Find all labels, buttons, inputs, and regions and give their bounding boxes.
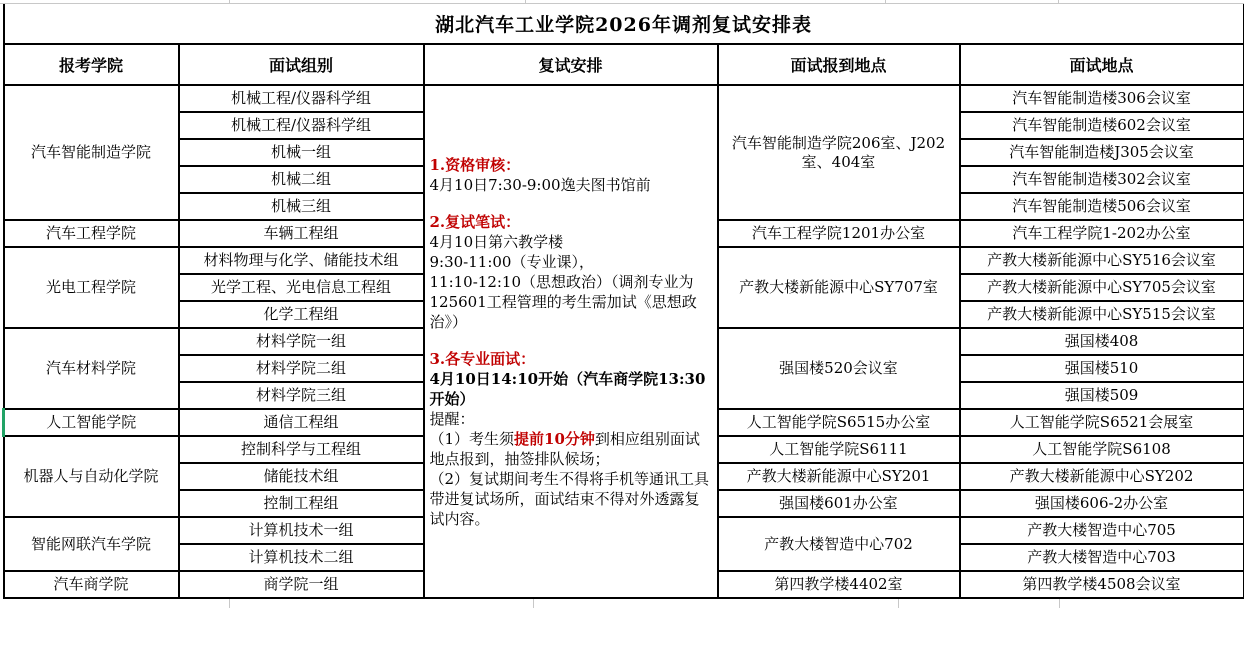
gridline-tick xyxy=(898,599,899,608)
gridline-tick xyxy=(1058,0,1059,3)
group-cell: 化学工程组 xyxy=(179,301,424,328)
location-cell: 人工智能学院S6521会展室 xyxy=(960,409,1244,436)
college-cell: 汽车智能制造学院 xyxy=(4,85,179,220)
location-cell: 产教大楼新能源中心SY516会议室 xyxy=(960,247,1244,274)
gridline-tick xyxy=(229,0,230,3)
checkin-cell: 强国楼520会议室 xyxy=(718,328,960,409)
header-interview-location: 面试地点 xyxy=(960,44,1244,85)
reexam-schedule-table: 湖北汽车工业学院2026年调剂复试安排表 报考学院 面试组别 复试安排 面试报到… xyxy=(2,4,1244,599)
schedule-gap xyxy=(430,195,712,212)
schedule-cell: 1.资格审核：4月10日7:30-9:00逸夫图书馆前2.复试笔试：4月10日第… xyxy=(424,85,718,598)
location-cell: 第四教学楼4508会议室 xyxy=(960,571,1244,598)
checkin-cell: 产教大楼新能源中心SY201 xyxy=(718,463,960,490)
college-cell: 汽车商学院 xyxy=(4,571,179,598)
group-cell: 机械二组 xyxy=(179,166,424,193)
group-cell: 通信工程组 xyxy=(179,409,424,436)
checkin-cell: 人工智能学院S6111 xyxy=(718,436,960,463)
gridline-tick xyxy=(525,0,526,3)
gridline-tick xyxy=(533,599,534,608)
location-cell: 产教大楼智造中心703 xyxy=(960,544,1244,571)
schedule-line: （2）复试期间考生不得将手机等通讯工具带进复试场所，面试结束不得对外透露复试内容… xyxy=(430,469,712,529)
group-cell: 机械工程/仪器科学组 xyxy=(179,85,424,112)
gridline-tick xyxy=(885,0,886,3)
bottom-gridline-strip xyxy=(0,599,1244,608)
location-cell: 汽车智能制造楼506会议室 xyxy=(960,193,1244,220)
group-cell: 机械三组 xyxy=(179,193,424,220)
checkin-cell: 人工智能学院S6515办公室 xyxy=(718,409,960,436)
location-cell: 强国楼510 xyxy=(960,355,1244,382)
location-cell: 强国楼509 xyxy=(960,382,1244,409)
gridline-tick xyxy=(1059,599,1060,608)
group-cell: 光学工程、光电信息工程组 xyxy=(179,274,424,301)
location-cell: 产教大楼智造中心705 xyxy=(960,517,1244,544)
group-cell: 储能技术组 xyxy=(179,463,424,490)
college-cell: 机器人与自动化学院 xyxy=(4,436,179,517)
location-cell: 汽车智能制造楼306会议室 xyxy=(960,85,1244,112)
group-cell: 计算机技术一组 xyxy=(179,517,424,544)
location-cell: 强国楼606-2办公室 xyxy=(960,490,1244,517)
schedule-line: 4月10日14:10开始（汽车商学院13:30开始） xyxy=(430,369,712,409)
header-group: 面试组别 xyxy=(179,44,424,85)
schedule-line: 3.各专业面试： xyxy=(430,349,712,369)
schedule-line: 11:10-12:10（思想政治）（调剂专业为125601工程管理的考生需加试《… xyxy=(430,272,712,332)
gridline-tick xyxy=(229,599,230,608)
location-cell: 产教大楼新能源中心SY515会议室 xyxy=(960,301,1244,328)
group-cell: 材料学院一组 xyxy=(179,328,424,355)
page-title: 湖北汽车工业学院2026年调剂复试安排表 xyxy=(4,4,1244,44)
schedule-text: 1.资格审核：4月10日7:30-9:00逸夫图书馆前2.复试笔试：4月10日第… xyxy=(430,155,712,529)
checkin-cell: 汽车工程学院1201办公室 xyxy=(718,220,960,247)
location-cell: 人工智能学院S6108 xyxy=(960,436,1244,463)
table-title-row: 湖北汽车工业学院2026年调剂复试安排表 xyxy=(4,4,1244,44)
schedule-line: 4月10日第六教学楼 xyxy=(430,232,712,252)
header-checkin-location: 面试报到地点 xyxy=(718,44,960,85)
college-cell: 汽车工程学院 xyxy=(4,220,179,247)
location-cell: 产教大楼新能源中心SY202 xyxy=(960,463,1244,490)
location-cell: 产教大楼新能源中心SY705会议室 xyxy=(960,274,1244,301)
top-gridline-strip xyxy=(0,0,1244,4)
group-cell: 机械一组 xyxy=(179,139,424,166)
group-cell: 商学院一组 xyxy=(179,571,424,598)
table-body: 汽车智能制造学院机械工程/仪器科学组1.资格审核：4月10日7:30-9:00逸… xyxy=(4,85,1244,598)
college-cell: 人工智能学院 xyxy=(4,409,179,436)
table-header-row: 报考学院 面试组别 复试安排 面试报到地点 面试地点 xyxy=(4,44,1244,85)
schedule-line: 1.资格审核： xyxy=(430,155,712,175)
checkin-cell: 强国楼601办公室 xyxy=(718,490,960,517)
table-row: 汽车智能制造学院机械工程/仪器科学组1.资格审核：4月10日7:30-9:00逸… xyxy=(4,85,1244,112)
location-cell: 汽车工程学院1-202办公室 xyxy=(960,220,1244,247)
location-cell: 强国楼408 xyxy=(960,328,1244,355)
college-cell: 光电工程学院 xyxy=(4,247,179,328)
schedule-line: （1）考生须提前10分钟到相应组别面试地点报到，抽签排队候场； xyxy=(430,429,712,469)
checkin-cell: 第四教学楼4402室 xyxy=(718,571,960,598)
schedule-line: 9:30-11:00（专业课）， xyxy=(430,252,712,272)
group-cell: 控制科学与工程组 xyxy=(179,436,424,463)
location-cell: 汽车智能制造楼302会议室 xyxy=(960,166,1244,193)
college-cell: 智能网联汽车学院 xyxy=(4,517,179,571)
location-cell: 汽车智能制造楼602会议室 xyxy=(960,112,1244,139)
group-cell: 材料学院三组 xyxy=(179,382,424,409)
location-cell: 汽车智能制造楼J305会议室 xyxy=(960,139,1244,166)
checkin-cell: 汽车智能制造学院206室、J202室、404室 xyxy=(718,85,960,220)
group-cell: 车辆工程组 xyxy=(179,220,424,247)
schedule-line: 4月10日7:30-9:00逸夫图书馆前 xyxy=(430,175,712,195)
college-cell: 汽车材料学院 xyxy=(4,328,179,409)
header-schedule: 复试安排 xyxy=(424,44,718,85)
checkin-cell: 产教大楼智造中心702 xyxy=(718,517,960,571)
group-cell: 计算机技术二组 xyxy=(179,544,424,571)
group-cell: 材料物理与化学、储能技术组 xyxy=(179,247,424,274)
schedule-gap xyxy=(430,332,712,349)
checkin-cell: 产教大楼新能源中心SY707室 xyxy=(718,247,960,328)
group-cell: 控制工程组 xyxy=(179,490,424,517)
header-college: 报考学院 xyxy=(4,44,179,85)
group-cell: 材料学院二组 xyxy=(179,355,424,382)
schedule-line: 2.复试笔试： xyxy=(430,212,712,232)
group-cell: 机械工程/仪器科学组 xyxy=(179,112,424,139)
schedule-line: 提醒： xyxy=(430,409,712,429)
spreadsheet-page: 湖北汽车工业学院2026年调剂复试安排表 报考学院 面试组别 复试安排 面试报到… xyxy=(0,0,1244,655)
